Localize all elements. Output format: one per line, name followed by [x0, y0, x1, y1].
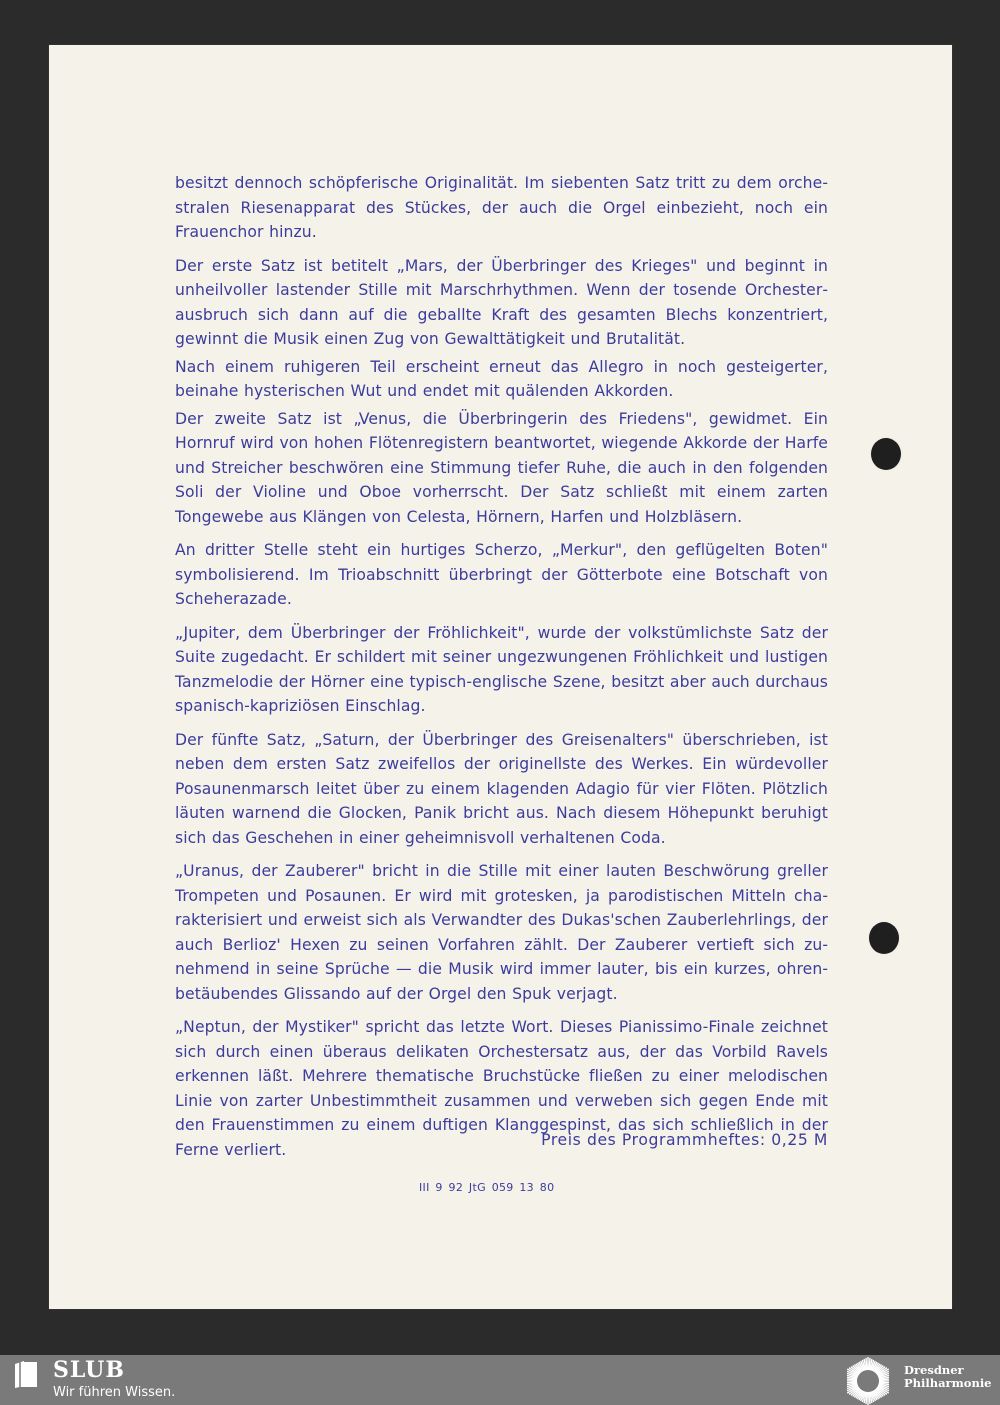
- dresdner-philharmonie-wordmark[interactable]: Dresdner Philharmonie: [904, 1364, 992, 1390]
- paragraph-venus: Der zweite Satz ist „Venus, die Überbrin…: [175, 407, 828, 530]
- print-license-code: III 9 92 JtG 059 13 80: [419, 1181, 554, 1194]
- program-page: besitzt dennoch schöpferische Originalit…: [49, 45, 952, 1309]
- footer-bar: SLUB Wir führen Wissen. Dresdner Philhar…: [0, 1355, 1000, 1405]
- phil-name-line2: Philharmonie: [904, 1377, 992, 1390]
- paragraph-intro-continuation: besitzt dennoch schöpferische Originalit…: [175, 171, 828, 245]
- body-text: besitzt dennoch schöpferische Originalit…: [175, 171, 828, 1171]
- slub-tagline: Wir führen Wissen.: [53, 1385, 175, 1400]
- paragraph-mars: Der erste Satz ist betitelt „Mars, der Ü…: [175, 254, 828, 352]
- paragraph-uranus: „Uranus, der Zauberer" bricht in die Sti…: [175, 859, 828, 1006]
- paragraph-saturn: Der fünfte Satz, „Saturn, der Überbringe…: [175, 728, 828, 851]
- dresdner-philharmonie-sunburst-icon: [841, 1357, 895, 1405]
- slub-book-icon: [12, 1359, 40, 1389]
- paragraph-jupiter: „Jupiter, dem Überbringer der Fröhlichke…: [175, 621, 828, 719]
- slub-wordmark[interactable]: SLUB: [53, 1357, 125, 1383]
- program-price: Preis des Programmheftes: 0,25 M: [175, 1131, 828, 1149]
- punch-hole-upper: [871, 438, 901, 470]
- paragraph-mars-allegro: Nach einem ruhigeren Teil erscheint erne…: [175, 355, 828, 404]
- paragraph-merkur: An dritter Stelle steht ein hurtiges Sch…: [175, 538, 828, 612]
- punch-hole-lower: [869, 922, 899, 954]
